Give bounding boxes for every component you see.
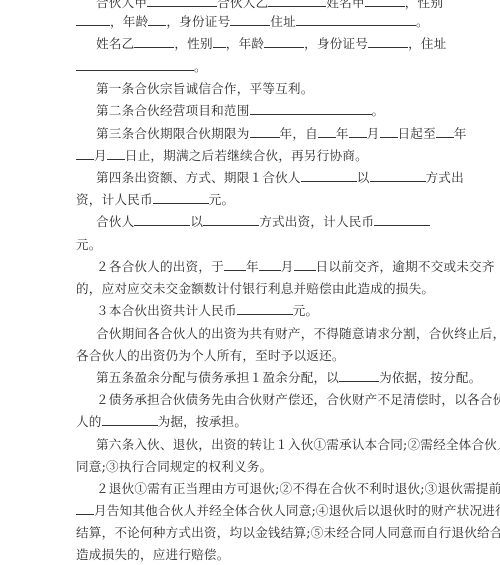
line-text: ，身份证号 (166, 14, 230, 29)
document-line: 造成损失的，应进行赔偿。 (76, 547, 408, 563)
blank-field (250, 126, 280, 138)
line-text: 第四条出资额、方式、期限１合伙人 (96, 170, 301, 185)
line-text: ２各合伙人的出资，于 (96, 259, 224, 274)
line-text: ，年龄 (110, 14, 148, 29)
line-text: 月 (281, 259, 294, 274)
document-line: 。 (76, 59, 408, 75)
blank-field (318, 126, 336, 138)
line-text: ，性别 (174, 36, 212, 51)
document-line: 合伙人甲合伙人乙姓名甲，性别 (96, 0, 408, 11)
line-text: ２退伙①需有正当理由方可退伙;②不得在合伙不利时退伙;③退伙需提前 (96, 481, 500, 496)
line-text: 合伙人甲 (96, 0, 147, 10)
line-text: 年 (454, 126, 467, 141)
document-line: ２债务承担合伙债务先由合伙财产偿还，合伙财产不足清偿时，以各合伙 (96, 392, 408, 408)
blank-field (102, 414, 158, 426)
line-text: 。 (416, 14, 429, 29)
line-text: 姓名乙 (96, 36, 134, 51)
line-text: 月 (94, 148, 107, 163)
document-line: 第二条合伙经营项目和范围。 (96, 103, 408, 119)
line-text: 同意;③执行合同规定的权利义务。 (76, 459, 272, 474)
blank-field (339, 370, 379, 382)
blank-field (301, 170, 357, 182)
line-text: 人的 (76, 414, 102, 429)
line-text: 各合伙人的出资仍为个人所有，至时予以返还。 (76, 348, 345, 363)
line-text: 第二条合伙经营项目和范围 (96, 103, 250, 118)
line-text: 年 (246, 259, 259, 274)
line-text: 以 (190, 214, 203, 229)
document-line: 第五条盈余分配与债务承担１盈余分配，以为依据，按分配。 (96, 370, 408, 386)
document-line: 姓名乙，性别，年龄，身份证号，住址 (96, 36, 408, 52)
blank-field (76, 59, 194, 71)
line-text: 元。 (293, 303, 319, 318)
line-text: 第一条合伙宗旨诚信合作，平等互利。 (96, 81, 314, 96)
document-line: 合伙期间各合伙人的出资为共有财产，不得随意请求分割，合伙终止后， (96, 326, 408, 342)
document-line: 元。 (76, 237, 408, 253)
document-line: 第三条合伙期限合伙期限为年，自年月日起至年 (96, 126, 408, 142)
blank-field (213, 36, 226, 48)
document-line: 资，计人民币元。 (76, 192, 408, 208)
document-line: ２退伙①需有正当理由方可退伙;②不得在合伙不利时退伙;③退伙需提前 (96, 481, 408, 497)
blank-field (250, 103, 372, 115)
line-text: ，身份证号 (304, 36, 368, 51)
blank-field (294, 259, 316, 271)
line-text: 资，计人民币 (76, 192, 153, 207)
line-text: 元。 (76, 237, 102, 252)
blank-field (134, 214, 190, 226)
blank-field (153, 192, 209, 204)
blank-field (237, 303, 293, 315)
line-text: 。 (194, 59, 207, 74)
line-text: 造成损失的，应进行赔偿。 (76, 547, 230, 562)
line-text: 。 (372, 103, 385, 118)
line-text: 月告知其他合伙人并经全体合伙人同意;④退伙后以退伙时的财产状况进行 (94, 503, 500, 518)
line-text: 为据，按承担。 (158, 414, 248, 429)
document-line: 第四条出资额、方式、期限１合伙人以方式出 (96, 170, 408, 186)
line-text: 方式出资，计人民币 (259, 214, 374, 229)
blank-field (268, 0, 326, 7)
line-text: ，住址 (408, 36, 446, 51)
line-text: 住址 (270, 14, 296, 29)
blank-field (147, 0, 217, 7)
document-line: ３本合伙出资共计人民币元。 (96, 303, 408, 319)
line-text: 方式出 (426, 170, 464, 185)
blank-field (259, 259, 281, 271)
document-line: 的，应对应交未交金额数计付银行利息并赔偿由此造成的损失。 (76, 281, 408, 297)
blank-field (368, 36, 408, 48)
line-text: 第三条合伙期限合伙期限为 (96, 126, 250, 141)
blank-field (203, 214, 259, 226)
line-text: 合伙期间各合伙人的出资为共有财产，不得随意请求分割，合伙终止后， (96, 326, 500, 341)
blank-field (148, 14, 166, 26)
line-text: 的，应对应交未交金额数计付银行利息并赔偿由此造成的损失。 (76, 281, 434, 296)
document-line: ，年龄，身份证号住址。 (76, 14, 408, 30)
blank-field (107, 148, 125, 160)
line-text: ，性别 (405, 0, 443, 10)
blank-field (349, 126, 367, 138)
blank-field (436, 126, 454, 138)
line-text: ３本合伙出资共计人民币 (96, 303, 237, 318)
line-text: 合伙人 (96, 214, 134, 229)
blank-field (76, 14, 110, 26)
line-text: 日止，期满之后若继续合伙，再另行协商。 (125, 148, 368, 163)
document-line: 结算，不论何种方式出资，均以金钱结算;⑤未经合同人同意而自行退伙给合伙 (76, 525, 408, 541)
blank-field (365, 0, 405, 7)
line-text: ２债务承担合伙债务先由合伙财产偿还，合伙财产不足清偿时，以各合伙 (96, 392, 500, 407)
document-line: 第一条合伙宗旨诚信合作，平等互利。 (96, 81, 408, 97)
line-text: 为依据，按分配。 (379, 370, 481, 385)
line-text: 年，自 (280, 126, 318, 141)
document-line: 同意;③执行合同规定的权利义务。 (76, 459, 408, 475)
line-text: ，年龄 (226, 36, 264, 51)
blank-field (374, 214, 430, 226)
blank-field (230, 14, 270, 26)
document-line: 合伙人以方式出资，计人民币 (96, 214, 408, 230)
line-text: 以 (357, 170, 370, 185)
line-text: 合伙人乙 (217, 0, 268, 10)
blank-field (76, 148, 94, 160)
line-text: 元。 (209, 192, 235, 207)
line-text: 姓名甲 (326, 0, 364, 10)
line-text: 结算，不论何种方式出资，均以金钱结算;⑤未经合同人同意而自行退伙给合伙 (76, 525, 500, 540)
blank-field (76, 503, 94, 515)
document-line: 月日止，期满之后若继续合伙，再另行协商。 (76, 148, 408, 164)
document-line: ２各合伙人的出资，于年月日以前交齐，逾期不交或未交齐 (96, 259, 408, 275)
blank-field (134, 36, 174, 48)
line-text: 日起至 (398, 126, 436, 141)
blank-field (224, 259, 246, 271)
document-line: 月告知其他合伙人并经全体合伙人同意;④退伙后以退伙时的财产状况进行 (76, 503, 408, 519)
document-line: 各合伙人的出资仍为个人所有，至时予以返还。 (76, 348, 408, 364)
document-page: 合伙人甲合伙人乙姓名甲，性别，年龄，身份证号住址。姓名乙，性别，年龄，身份证号，… (0, 0, 500, 565)
line-text: 日以前交齐，逾期不交或未交齐 (316, 259, 495, 274)
document-line: 人的为据，按承担。 (76, 414, 408, 430)
blank-field (264, 36, 304, 48)
line-text: 第五条盈余分配与债务承担１盈余分配，以 (96, 370, 339, 385)
line-text: 月 (367, 126, 380, 141)
blank-field (370, 170, 426, 182)
blank-field (296, 14, 416, 26)
line-text: 年 (336, 126, 349, 141)
document-line: 第六条入伙、退伙，出资的转让１入伙①需承认本合同;②需经全体合伙人 (96, 437, 408, 453)
line-text: 第六条入伙、退伙，出资的转让１入伙①需承认本合同;②需经全体合伙人 (96, 437, 500, 452)
blank-field (380, 126, 398, 138)
